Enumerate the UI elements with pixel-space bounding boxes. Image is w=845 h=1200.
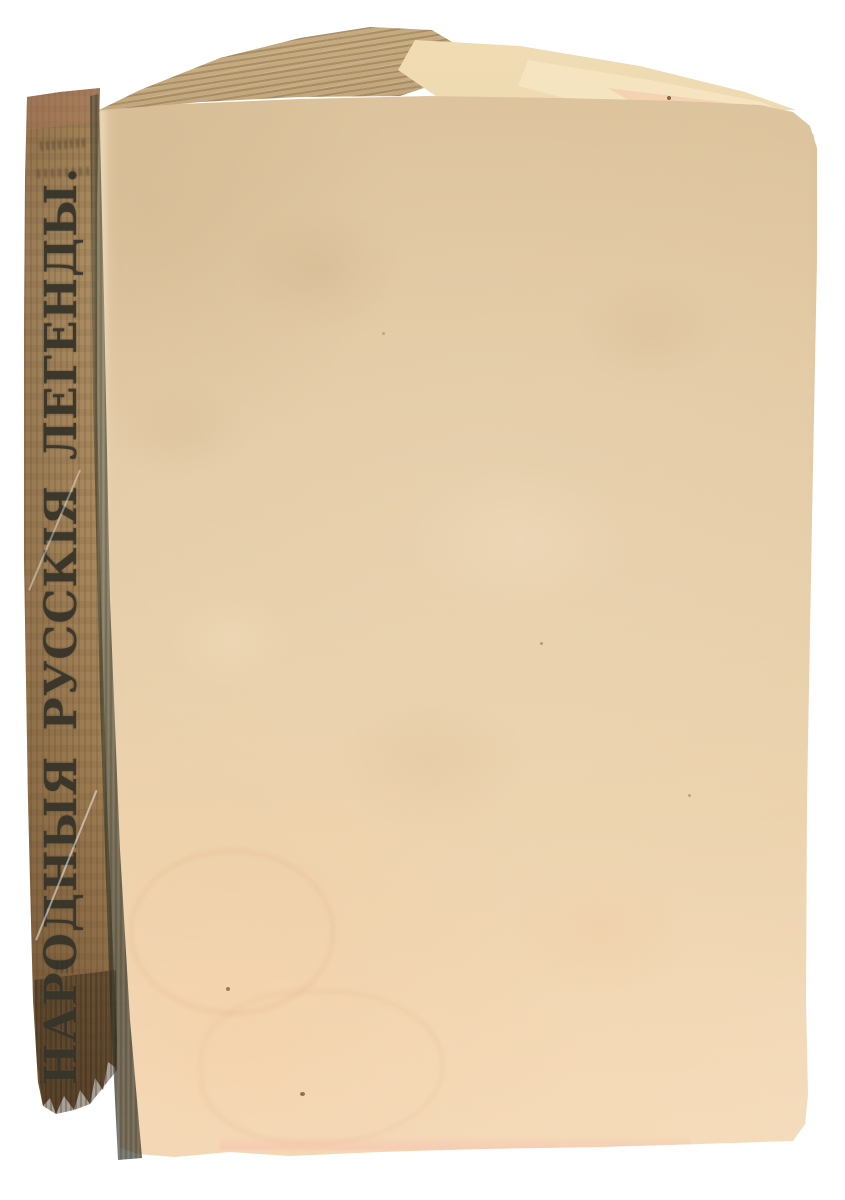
foxing-speck [667,96,671,100]
spine-title: НАРОДНЫЯ РУССКІЯ ЛЕГЕНДЫ. [34,205,92,1085]
photo-stage: НАРОДНЫЯ РУССКІЯ ЛЕГЕНДЫ. [0,0,845,1200]
foxing-speck [688,794,691,797]
foxing-speck [382,332,385,335]
worn-stamp-mark [56,960,74,973]
foxing-speck [226,987,230,991]
foxing-speck [540,642,543,645]
bottom-edge-fringe [220,1136,690,1150]
foxing-speck [300,1092,305,1096]
spine-title-text: НАРОДНЫЯ РУССКІЯ ЛЕГЕНДЫ. [34,205,92,1085]
